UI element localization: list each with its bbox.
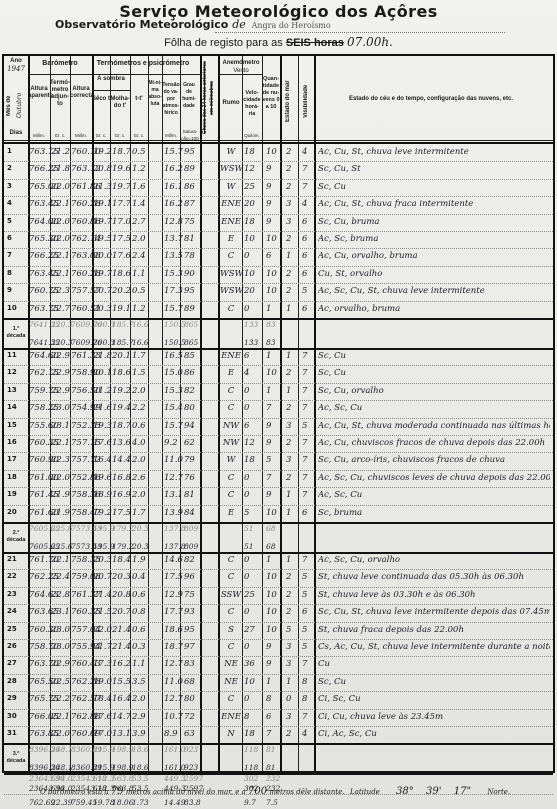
header-bottom-line [4, 142, 553, 144]
cell-rumo: ENE [220, 712, 242, 722]
cell-diff: 0.3 [132, 642, 146, 652]
cell-nuv: 6 [266, 712, 271, 722]
total-faint-hum: 2597 [184, 774, 203, 783]
decade-label: 2.ª década [4, 530, 28, 544]
sky-state-remark: Sc, Cu, St [318, 164, 550, 174]
wet-header: Molha-do t' [110, 96, 130, 110]
decade-sum-faint-tens: 137.8 [164, 524, 185, 533]
cell-hum: 78 [184, 251, 195, 261]
cell-hum: 80 [184, 694, 195, 704]
cell-rumo: NW [220, 421, 242, 431]
decade-sum-faint-hum: 865 [184, 320, 198, 329]
day-number: 27 [7, 659, 17, 667]
cell-mar: 1 [286, 386, 291, 396]
observation-table: Ano 1947 Mês de Outubro Dias Barómetro A… [2, 54, 555, 773]
cell-tens: 17.3 [164, 286, 183, 296]
cell-vel: 27 [244, 625, 255, 635]
cell-mar: 2 [286, 234, 291, 244]
cell-hum: 72 [184, 712, 195, 722]
cell-diff: 2.6 [132, 473, 146, 483]
decade-sum-vel: 51 [244, 542, 254, 551]
cell-term: 22.5 [51, 677, 70, 687]
cell-vel: 0 [244, 386, 249, 396]
decade-sum-faint-tens: 150.5 [164, 320, 185, 329]
cell-diff: 0.8 [132, 607, 146, 617]
cell-nuv: 10 [266, 508, 277, 518]
cell-mar: 2 [286, 572, 291, 582]
cell-nuv: 9 [266, 490, 271, 500]
cell-rumo: NE [220, 677, 242, 687]
cell-mar: 1 [286, 490, 291, 500]
cell-diff: 2.0 [132, 490, 146, 500]
row-line [4, 505, 553, 506]
cell-seco: 20.7 [93, 286, 112, 296]
cell-molh: 16.8 [112, 473, 131, 483]
cell-molh: 16.4 [112, 694, 131, 704]
cell-hum: 75 [184, 590, 195, 600]
cell-rumo: ENE [220, 351, 242, 361]
visibility-header: Visibilidade [303, 76, 310, 126]
sky-state-remark: Ci, Sc, Cu [318, 694, 550, 704]
cell-vel: 6 [244, 351, 249, 361]
cell-molh: 21.4 [112, 625, 131, 635]
latitude-minutes: 39' [426, 786, 441, 797]
cell-seco: 17.0 [93, 729, 112, 739]
cell-vel: 36 [244, 659, 255, 669]
barometer-note: O barómetro está a 79 metros acima do ní… [40, 786, 345, 797]
cell-seco: 20.3 [93, 304, 112, 314]
decade-sum-faint-nuv: 81 [266, 745, 276, 754]
cell-hum: 95 [184, 147, 195, 157]
cell-mar: 2 [286, 147, 291, 157]
decade-sum-faint-tens: 161.0 [164, 745, 185, 754]
day-number: 13 [7, 386, 17, 394]
row-line [4, 639, 553, 640]
cell-seco: 19.3 [93, 421, 112, 431]
cell-hum: 81 [184, 490, 195, 500]
cell-term: 22.0 [51, 182, 70, 192]
barometer-height: 79 [111, 786, 124, 797]
cell-seco: 20.0 [93, 251, 112, 261]
day-number: 26 [7, 642, 17, 650]
cell-vel: 0 [244, 694, 249, 704]
direction-header: Rumo [220, 100, 242, 107]
day-number: 23 [7, 590, 17, 598]
cell-vel: 10 [244, 234, 255, 244]
column-divider [200, 56, 202, 771]
cell-nuv: 9 [266, 199, 271, 209]
cell-term: 22.1 [51, 199, 70, 209]
cell-term: 22.1 [51, 555, 70, 565]
cell-vis: 7 [302, 473, 307, 483]
cell-mar: 2 [286, 164, 291, 174]
cell-seco: 17.6 [93, 438, 112, 448]
cell-nuv: 9 [266, 217, 271, 227]
cell-molh: 17.5 [112, 508, 131, 518]
cell-nuv: 10 [266, 147, 277, 157]
thermometers-header: Termómetros e psicrómetro [92, 60, 194, 67]
cell-hum: 97 [184, 642, 195, 652]
cell-vis: 7 [302, 455, 307, 465]
cell-tens: 17.5 [164, 572, 183, 582]
unit-bar-apparent: Milím. [28, 132, 50, 139]
cell-hum: 62 [184, 438, 195, 448]
cell-vis: 5 [302, 625, 307, 635]
day-number: 11 [7, 351, 17, 359]
row-line [4, 365, 553, 366]
cell-diff: 3.9 [132, 729, 146, 739]
cell-molh: 17.7 [112, 199, 131, 209]
cell-vis: 7 [302, 368, 307, 378]
cell-tens: 15.7 [164, 421, 183, 431]
cell-hum: 63 [184, 729, 195, 739]
day-number: 14 [7, 403, 17, 411]
sky-state-remark: Sc, Cu [318, 351, 550, 361]
cell-mar: 1 [286, 251, 291, 261]
row-line [4, 179, 553, 180]
cell-mar: 2 [286, 368, 291, 378]
cell-seco: 19.7 [93, 269, 112, 279]
sky-state-remark: Sc, Cu [318, 182, 550, 192]
row-line [4, 487, 553, 488]
cell-nuv: 1 [266, 677, 271, 687]
cell-nuv: 1 [266, 351, 271, 361]
cell-mar: 2 [286, 269, 291, 279]
sky-state-remark: Ac, Sc, Cu, orvalho [318, 555, 550, 565]
decade-sum-molh: 198.9 [112, 763, 133, 772]
cell-rumo: E [220, 368, 242, 378]
subheader-line [28, 74, 92, 75]
diff-header: t-t' [130, 96, 148, 103]
cell-mar: 5 [286, 625, 291, 635]
latitude-hemisphere: Norte. [487, 788, 510, 796]
cell-tens: 18.6 [164, 625, 183, 635]
cell-vis: 6 [302, 607, 307, 617]
cell-rumo: E [220, 234, 242, 244]
row-line [4, 418, 553, 419]
cell-molh: 20.7 [112, 607, 131, 617]
cell-molh: 19.7 [112, 182, 131, 192]
cell-term: 23.0 [51, 642, 70, 652]
column-divider [148, 56, 149, 771]
register-sheet: Serviço Meteorológico dos Açôres Observa… [0, 0, 557, 809]
row-line [4, 400, 553, 401]
cell-vis: 7 [302, 386, 307, 396]
sky-state-header: Estado do céu e do tempo, configuração d… [316, 96, 546, 103]
cell-tens: 18.7 [164, 642, 183, 652]
cell-tens: 14.6 [164, 555, 183, 565]
decade-separator [4, 348, 553, 350]
cell-rumo: W [220, 147, 242, 157]
cell-diff: 1.6 [132, 182, 146, 192]
cell-molh: 20.2 [112, 286, 131, 296]
cell-term: 22.1 [51, 712, 70, 722]
cell-term: 22.9 [51, 386, 70, 396]
cell-term: 22.0 [51, 473, 70, 483]
barometer-note-3: metros dêle distante. [269, 788, 344, 796]
cell-vis: 7 [302, 182, 307, 192]
cell-rumo: WSW [220, 269, 242, 279]
cell-term: 23.0 [51, 403, 70, 413]
cell-hum: 90 [184, 269, 195, 279]
decade-sum-nuv: 83 [266, 338, 276, 347]
cell-seco: 21.3 [93, 182, 112, 192]
cell-mar: 3 [286, 642, 291, 652]
barometer-note-2: metros acima do nível do mar, e a [126, 788, 246, 796]
cell-seco: 19.2 [93, 508, 112, 518]
cell-tens: 9.2 [164, 438, 178, 448]
cell-seco: 21.5 [93, 607, 112, 617]
cell-molh: 20.8 [112, 590, 131, 600]
cell-diff: 0.6 [132, 421, 146, 431]
cell-vis: 6 [302, 217, 307, 227]
cell-tens: 12.7 [164, 473, 183, 483]
cell-seco: 22.0 [93, 625, 112, 635]
cell-hum: 89 [184, 304, 195, 314]
row-line [4, 726, 553, 727]
cell-diff: 2.4 [132, 251, 146, 261]
cell-molh: 20.1 [112, 351, 131, 361]
cell-molh: 14.4 [112, 455, 131, 465]
cell-term: 22.9 [51, 351, 70, 361]
latitude-seconds: 17" [454, 786, 471, 797]
cell-tens: 16.2 [164, 164, 183, 174]
cell-tens: 12.7 [164, 694, 183, 704]
cell-tens: 10.7 [164, 712, 183, 722]
cell-vis: 5 [302, 421, 307, 431]
cell-diff: 0.5 [132, 286, 146, 296]
cell-molh: 18.6 [112, 368, 131, 378]
cell-vis: 6 [302, 304, 307, 314]
cell-nuv: 10 [266, 590, 277, 600]
day-number: 12 [7, 368, 17, 376]
sky-state-remark: Ci, Cu, chuva leve às 23.45m [318, 712, 550, 722]
cell-vel: 0 [244, 555, 249, 565]
total-faint-nuv: 232 [266, 774, 280, 783]
cell-rumo: C [220, 304, 242, 314]
unit-tension: Milím. [162, 132, 180, 139]
cell-term: 22.3 [51, 286, 70, 296]
cell-seco: 20.8 [93, 164, 112, 174]
cell-vis: 8 [302, 677, 307, 687]
decade-sum-hum: 809 [184, 542, 198, 551]
cell-diff: 0.6 [132, 590, 146, 600]
cell-term: 22.3 [51, 455, 70, 465]
cell-nuv: 9 [266, 438, 271, 448]
cell-rumo: S [220, 625, 242, 635]
cell-vis: 6 [302, 234, 307, 244]
cell-mar: 2 [286, 438, 291, 448]
decade-sum-faint-nuv: 68 [266, 524, 276, 533]
cell-hum: 84 [184, 508, 195, 518]
cell-vis: 6 [302, 251, 307, 261]
sky-state-remark: Sc, Cu, bruma [318, 217, 550, 227]
cell-rumo: C [220, 251, 242, 261]
cell-nuv: 7 [266, 403, 271, 413]
decade-sum-faint-hum: 923 [184, 745, 198, 754]
unit-diff: Gr. c. [130, 132, 148, 139]
cell-hum: 82 [184, 555, 195, 565]
sky-state-remark: Cu, St, orvalho [318, 269, 550, 279]
cell-molh: 21.4 [112, 642, 131, 652]
observatory-handwritten: de [232, 18, 246, 31]
cell-tens: 15.0 [164, 368, 183, 378]
cell-vis: 7 [302, 712, 307, 722]
cell-term: 22.7 [51, 304, 70, 314]
cell-term: 22.0 [51, 234, 70, 244]
cell-term: 22.9 [51, 368, 70, 378]
cell-nuv: 10 [266, 572, 277, 582]
decade-sum-faint-hum: 809 [184, 524, 198, 533]
cell-nuv: 7 [266, 729, 271, 739]
cell-vel: 18 [244, 147, 255, 157]
sky-state-remark: Ac, Cu, orvalho, bruma [318, 251, 550, 261]
row-line [4, 266, 553, 267]
mean-molh: 18.06 [112, 798, 133, 807]
cell-tens: 12.7 [164, 659, 183, 669]
cell-nuv: 9 [266, 421, 271, 431]
cell-diff: 1.7 [132, 508, 146, 518]
cell-seco: 21.8 [93, 351, 112, 361]
decade-label: 1.ª década [4, 326, 28, 340]
cell-hum: 93 [184, 607, 195, 617]
cell-vis: 4 [302, 199, 307, 209]
cell-mar: 1 [286, 304, 291, 314]
day-number: 4 [7, 199, 12, 207]
cell-mar: 3 [286, 217, 291, 227]
cell-hum: 85 [184, 351, 195, 361]
cell-vis: 5 [302, 286, 307, 296]
cell-molh: 19.6 [112, 164, 131, 174]
cell-vis: 6 [302, 508, 307, 518]
decade-sum-tens: 150.5 [164, 338, 185, 347]
day-number: 8 [7, 269, 12, 277]
cell-term: 22.1 [51, 251, 70, 261]
cell-nuv: 10 [266, 286, 277, 296]
struck-hours: SEIS horas [286, 37, 344, 49]
cell-rumo: C [220, 555, 242, 565]
day-number: 21 [7, 555, 17, 563]
cell-vis: 4 [302, 147, 307, 157]
decade-sum-molh: 179.2 [112, 542, 133, 551]
cell-vel: 0 [244, 642, 249, 652]
sky-state-remark: Ac, Sc, Cu, St, chuva leve intermitente [318, 286, 550, 296]
cell-vel: 12 [244, 438, 255, 448]
day-number: 2 [7, 164, 12, 172]
cell-diff: 1.5 [132, 368, 146, 378]
cell-nuv: 1 [266, 555, 271, 565]
cell-vel: 5 [244, 508, 249, 518]
mean-hum: 83.8 [184, 798, 201, 807]
decade-label: 3.ª década [4, 751, 28, 765]
cell-rumo: C [220, 694, 242, 704]
cell-nuv: 9 [266, 642, 271, 652]
total-faint-tens: 449.3 [164, 774, 185, 783]
cell-diff: 1.2 [132, 304, 146, 314]
decade-sum-term: 225.6 [51, 542, 72, 551]
cell-seco: 20.3 [93, 555, 112, 565]
day-number: 24 [7, 607, 17, 615]
hour-handwritten: 07.00h. [347, 35, 393, 49]
cell-tens: 15.7 [164, 147, 183, 157]
cell-nuv: 8 [266, 694, 271, 704]
cell-seco: 17.3 [93, 659, 112, 669]
cell-seco: 16.4 [93, 455, 112, 465]
cell-vis: 7 [302, 490, 307, 500]
cell-vis: 4 [302, 729, 307, 739]
sky-state-remark: Ac, Cu, St, chuva moderada continuada na… [318, 421, 550, 431]
row-line [4, 674, 553, 675]
cell-nuv: 1 [266, 304, 271, 314]
row-line [4, 435, 553, 436]
cell-mar: 2 [286, 607, 291, 617]
observatory-label: Observatório Meteorológico [55, 18, 228, 31]
day-number: 18 [7, 473, 17, 481]
clouds-header: Quan-tidade de nu-vens 0 a 10 [262, 76, 280, 111]
cell-nuv: 10 [266, 625, 277, 635]
cell-diff: 2.0 [132, 234, 146, 244]
speed-header: Velo-cidade horá-ria [242, 90, 262, 118]
sky-state-remark: Ci, Ac, Sc, Cu [318, 729, 550, 739]
latitude-note: Latitude 38° 39' 17" Norte. [350, 786, 510, 797]
year-label: Ano [6, 58, 26, 65]
subheader-line [218, 74, 262, 75]
cell-vel: 0 [244, 251, 249, 261]
cell-hum: 76 [184, 473, 195, 483]
cell-nuv: 9 [266, 164, 271, 174]
cell-vel: 20 [244, 286, 255, 296]
cell-vel: 18 [244, 217, 255, 227]
cell-mar: 1 [286, 508, 291, 518]
decade-separator [4, 552, 553, 554]
cell-tens: 12.8 [164, 217, 183, 227]
cell-rumo: SSW [220, 590, 242, 600]
cell-rumo: WSW [220, 286, 242, 296]
row-line [4, 709, 553, 710]
decade-sum-faint-vel: 118 [244, 745, 258, 754]
cell-hum: 86 [184, 368, 195, 378]
cell-tens: 15.4 [164, 403, 183, 413]
sky-state-remark: Sc, Cu [318, 368, 550, 378]
cell-rumo: N [220, 729, 242, 739]
cell-hum: 96 [184, 572, 195, 582]
decade-sum-faint-term: 248.1 [51, 745, 72, 754]
cell-term: 22.0 [51, 729, 70, 739]
cell-mar: 1 [286, 677, 291, 687]
cell-molh: 17.5 [112, 234, 131, 244]
dry-header: Sêco t [92, 96, 110, 103]
cell-vel: 20 [244, 199, 255, 209]
cell-vel: 0 [244, 304, 249, 314]
cell-vis: 7 [302, 555, 307, 565]
cell-nuv: 10 [266, 607, 277, 617]
cell-vel: 10 [244, 677, 255, 687]
cell-rumo: W [220, 182, 242, 192]
cell-molh: 16.2 [112, 659, 131, 669]
cell-hum: 95 [184, 625, 195, 635]
cell-vel: 25 [244, 590, 255, 600]
cell-molh: 13.6 [112, 438, 131, 448]
cell-nuv: 5 [266, 455, 271, 465]
cell-mar: 2 [286, 182, 291, 192]
decade-sum-molh: 185.7 [112, 338, 133, 347]
cell-vel: 4 [244, 368, 249, 378]
cell-hum: 80 [184, 403, 195, 413]
cell-diff: 1.7 [132, 351, 146, 361]
cell-tens: 16.2 [164, 199, 183, 209]
day-number: 25 [7, 625, 17, 633]
cell-rumo: C [220, 607, 242, 617]
